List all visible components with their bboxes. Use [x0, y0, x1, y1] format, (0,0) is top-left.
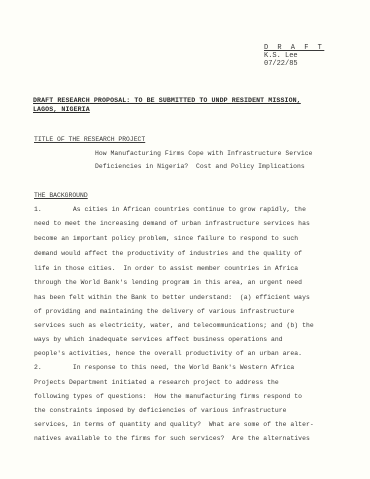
section-title-research-project: TITLE OF THE RESEARCH PROJECT: [34, 136, 145, 143]
body-line: services, in terms of quantity and quali…: [34, 421, 314, 428]
draft-stamp: D R A F T K.S. Lee 07/22/85: [264, 44, 324, 68]
body-line: services such as electricity, water, and…: [34, 322, 314, 329]
body-line: natives available to the firms for such …: [34, 435, 310, 442]
body-line: of providing and maintaining the deliver…: [34, 308, 294, 315]
proposal-heading-line2: LAGOS, NIGERIA: [33, 106, 90, 113]
proposal-heading-line1: DRAFT RESEARCH PROPOSAL: TO BE SUBMITTED…: [33, 97, 301, 104]
body-line: Projects Department initiated a research…: [34, 379, 279, 386]
body-line: through the World Bank's lending program…: [34, 279, 302, 286]
project-title-line2: Deficiencies in Nigeria? Cost and Policy…: [95, 163, 305, 170]
body-line: demand would affect the productivity of …: [34, 250, 302, 257]
body-line: life in those cities. In order to assist…: [34, 265, 298, 272]
body-line: need to meet the increasing demand of ur…: [34, 220, 310, 227]
draft-status: D R A F T: [264, 44, 324, 52]
body-line: has been felt within the Bank to better …: [34, 294, 310, 301]
body-line: following types of questions: How the ma…: [34, 393, 302, 400]
body-line: ways by which inadequate services affect…: [34, 336, 283, 343]
body-line: people's activities, hence the overall p…: [34, 350, 302, 357]
project-title-line1: How Manufacturing Firms Cope with Infras…: [95, 150, 313, 157]
body-line: the constraints imposed by deficiencies …: [34, 407, 287, 414]
body-line: 1. As cities in African countries contin…: [34, 206, 306, 213]
body-line: become an important policy problem, sinc…: [34, 235, 298, 242]
document-page: D R A F T K.S. Lee 07/22/85 DRAFT RESEAR…: [0, 0, 370, 479]
body-line: 2. In response to this need, the World B…: [34, 364, 294, 371]
author-initials: K.S. Lee: [264, 52, 324, 60]
draft-date: 07/22/85: [264, 60, 324, 68]
section-title-background: THE BACKGROUND: [34, 192, 88, 199]
